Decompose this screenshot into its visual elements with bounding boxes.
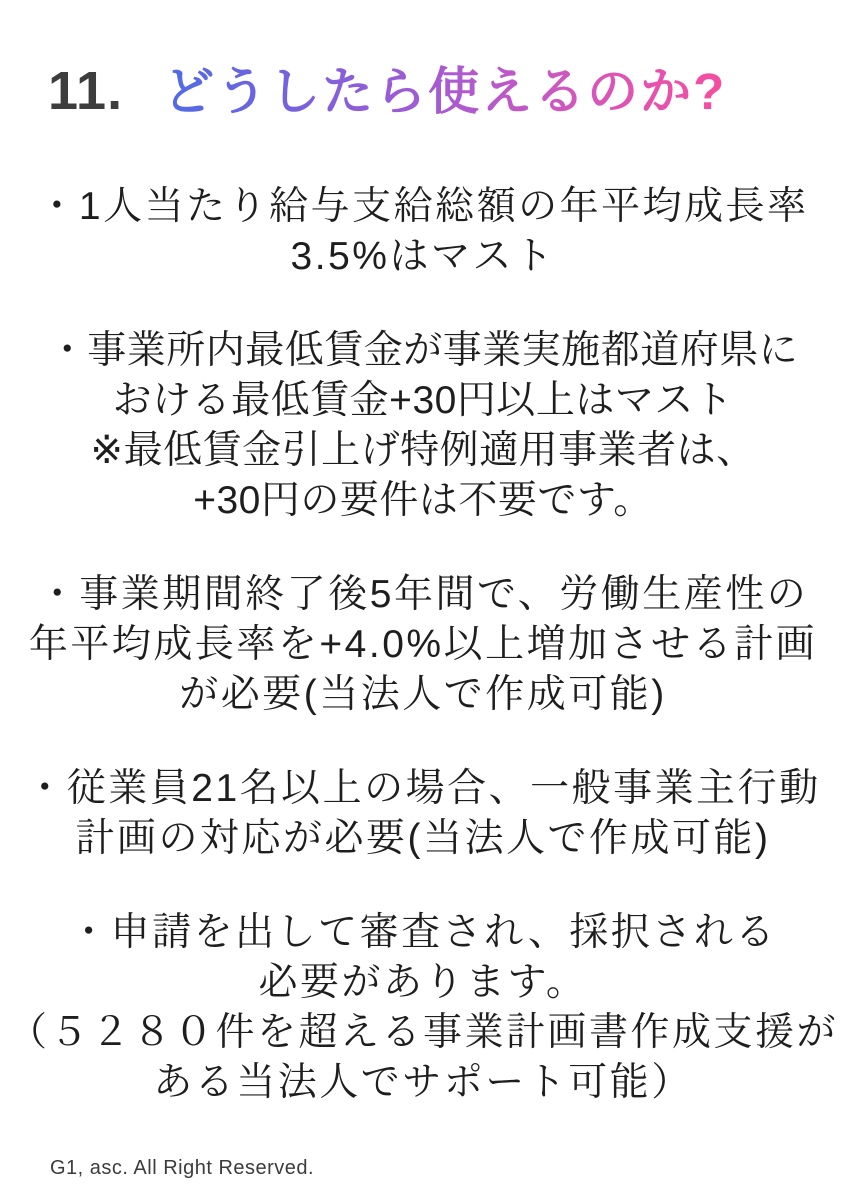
text-line: ※最低賃金引上げ特例適用事業者は、 bbox=[0, 426, 846, 476]
bullet-paragraph: ・申請を出して審査され、採択される必要があります。（５２８０件を超える事業計画書… bbox=[0, 908, 846, 1108]
slide: 11. どうしたら使えるのか? ・1人当たり給与支給総額の年平均成長率3.5%は… bbox=[0, 0, 846, 1200]
slide-number: 11. bbox=[48, 60, 123, 122]
text-line: 計画の対応が必要(当法人で作成可能) bbox=[0, 814, 846, 864]
text-line: +30円の要件は不要です。 bbox=[0, 476, 846, 526]
slide-header: 11. どうしたら使えるのか? bbox=[0, 0, 846, 124]
text-line: 年平均成長率を+4.0%以上増加させる計画 bbox=[0, 620, 846, 670]
copyright-text: G1, asc. All Right Reserved. bbox=[50, 1157, 314, 1180]
text-line: 3.5%はマスト bbox=[0, 232, 846, 282]
bullet-list: ・1人当たり給与支給総額の年平均成長率3.5%はマスト・事業所内最低賃金が事業実… bbox=[0, 182, 846, 1108]
text-line: ・1人当たり給与支給総額の年平均成長率 bbox=[0, 182, 846, 232]
text-line: が必要(当法人で作成可能) bbox=[0, 670, 846, 720]
text-line: ・申請を出して審査され、採択される bbox=[0, 908, 846, 958]
text-line: ある当法人でサポート可能） bbox=[0, 1058, 846, 1108]
text-line: ・事業期間終了後5年間で、労働生産性の bbox=[0, 570, 846, 620]
bullet-paragraph: ・従業員21名以上の場合、一般事業主行動計画の対応が必要(当法人で作成可能) bbox=[0, 764, 846, 864]
bullet-paragraph: ・事業所内最低賃金が事業実施都道府県における最低賃金+30円以上はマスト※最低賃… bbox=[0, 326, 846, 526]
bullet-paragraph: ・事業期間終了後5年間で、労働生産性の年平均成長率を+4.0%以上増加させる計画… bbox=[0, 570, 846, 720]
text-line: ・従業員21名以上の場合、一般事業主行動 bbox=[0, 764, 846, 814]
text-line: （５２８０件を超える事業計画書作成支援が bbox=[0, 1008, 846, 1058]
text-line: 必要があります。 bbox=[0, 958, 846, 1008]
text-line: ・事業所内最低賃金が事業実施都道府県に bbox=[0, 326, 846, 376]
page-title: どうしたら使えるのか? bbox=[163, 50, 726, 124]
bullet-paragraph: ・1人当たり給与支給総額の年平均成長率3.5%はマスト bbox=[0, 182, 846, 282]
text-line: おける最低賃金+30円以上はマスト bbox=[0, 376, 846, 426]
